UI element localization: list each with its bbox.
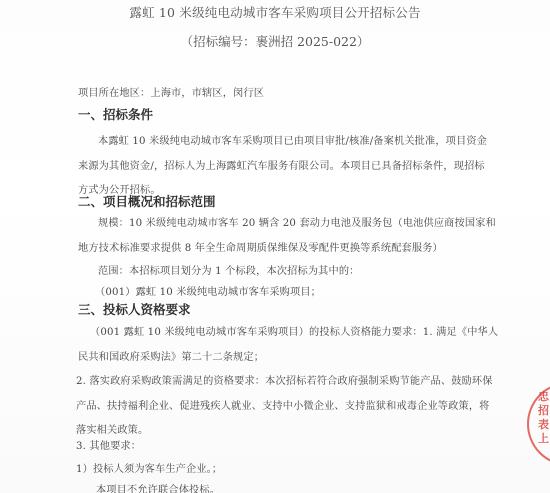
section-heading-2: 二、项目概况和招标范围 [78, 192, 216, 210]
section-heading-1: 一、招标条件 [78, 105, 153, 123]
red-seal-stamp-text: 忠 招 表 上 [538, 390, 549, 446]
region-line: 项目所在地区：上海市，市辖区，闵行区 [78, 84, 264, 99]
section-3-line-5: 落实相关政策。 [76, 421, 148, 436]
document-subtitle: （招标编号：裹洲招 2025-022） [0, 32, 550, 50]
section-3-line-4: 产品、扶持福利企业、促进残疾人就业、支持中小微企业、支持监狱和戒毒企业等政策，将 [76, 397, 490, 412]
section-3-line-8: 本项目不允许联合体投标。 [96, 481, 220, 493]
document-page: 露虹 10 米级纯电动城市客车采购项目公开招标公告 （招标编号：裹洲招 2025… [0, 0, 550, 493]
stamp-char: 表 [538, 418, 549, 432]
section-2-line-2: 地方技术标准要求提供 8 年全生命周期质保维保及零配件更换等系统配套服务） [78, 239, 443, 254]
section-3-line-3: 2. 落实政府采购政策需满足的资格要求：本次招标若符合政府强制采购节能产品、鼓励… [76, 372, 493, 387]
section-3-line-2: 民共和国政府采购法》第二十二条规定； [78, 348, 264, 363]
stamp-char: 忠 [538, 390, 549, 404]
section-2-line-1: 规模：10 米级纯电动城市客车 20 辆含 20 套动力电池及服务包（电池供应商… [98, 214, 496, 229]
section-2-line-4: （001）露虹 10 米级纯电动城市客车采购项目； [95, 283, 321, 298]
section-3-line-6: 3. 其他要求： [76, 437, 141, 452]
section-heading-3: 三、投标人资格要求 [78, 300, 191, 318]
stamp-char: 招 [538, 404, 549, 418]
section-3-line-1: （001 露虹 10 米级纯电动城市客车采购项目）的投标人资格能力要求：1. 满… [90, 323, 498, 338]
section-3-line-7: 1）投标人须为客车生产企业。； [76, 460, 222, 475]
section-1-line-1: 本露虹 10 米级纯电动城市客车采购项目已由项目审批/核准/备案机关批准，项目资… [98, 132, 487, 147]
section-1-line-2: 来源为其他资金/，招标人为上海露虹汽车服务有限公司。本项目已具备招标条件，现招标 [78, 157, 485, 172]
stamp-char: 上 [538, 432, 549, 446]
section-2-line-3: 范围：本招标项目划分为 1 个标段，本次招标为其中的： [98, 262, 360, 277]
document-title: 露虹 10 米级纯电动城市客车采购项目公开招标公告 [0, 3, 550, 21]
